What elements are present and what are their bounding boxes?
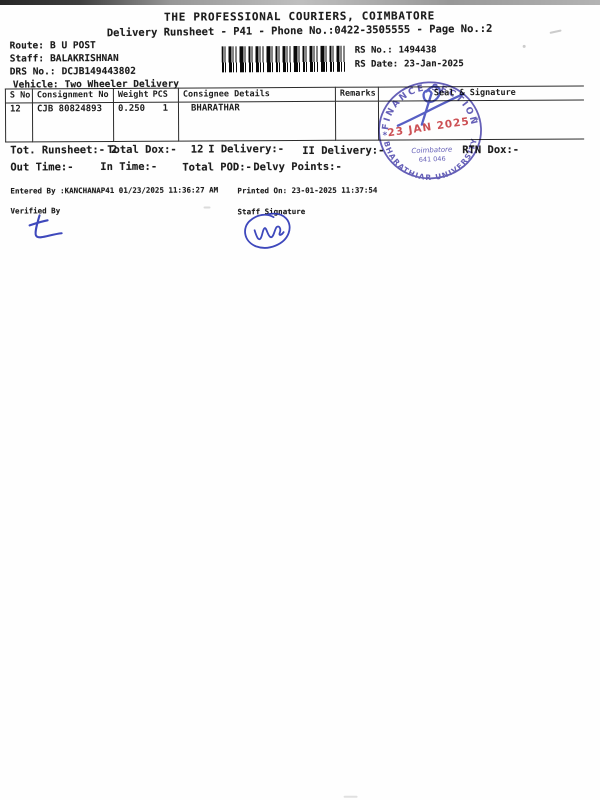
scan-smudge	[204, 206, 211, 208]
delvy-points-label: Delvy Points:-	[253, 161, 342, 173]
cell-consignment: CJB 80824893	[32, 102, 113, 141]
finance-section-round-stamp: FINANCE SECTION BHARATHIAR UNIVERSITY * …	[370, 76, 492, 189]
cell-consignee: BHARATHAR	[178, 101, 335, 141]
col-pcs: PCS	[153, 90, 168, 100]
col-consignment: Consignment No	[32, 88, 113, 102]
stamp-star-right: *	[474, 116, 480, 126]
rs-no-label: RS No.:	[355, 46, 393, 56]
total-pod: Total POD:-	[182, 161, 258, 173]
barcode-icon	[222, 46, 347, 73]
route-label: Route:	[10, 40, 44, 51]
consignment-table: S No Consignment No WeightPCS Consignee …	[5, 86, 584, 143]
i-delivery: I Delivery:-	[208, 143, 290, 155]
rs-no-value: 1494438	[399, 45, 437, 55]
drs-label: DRS No.:	[10, 66, 56, 77]
scanned-delivery-runsheet: THE PROFESSIONAL COURIERS, COIMBATORE De…	[0, 0, 600, 800]
col-consignee: Consignee Details	[178, 87, 335, 102]
cell-weight-pcs: 0.2501	[113, 102, 178, 141]
scan-smudge	[523, 45, 526, 48]
printed-on-line: Printed On: 23-01-2025 11:37:54	[237, 186, 377, 196]
entered-by-line: Entered By :KANCHANAP41 01/23/2025 11:36…	[10, 185, 218, 195]
table-row: 12 CJB 80824893 0.2501 BHARATHAR	[5, 100, 583, 142]
runsheet-subtitle: Delivery Runsheet - P41 - Phone No.:0422…	[0, 22, 600, 41]
cell-pcs: 1	[163, 104, 168, 114]
col-sno: S No	[5, 89, 32, 103]
staff-line: Staff:BALAKRISHNAN	[10, 53, 119, 65]
total-dox-value: 12	[191, 144, 204, 156]
staff-label: Staff:	[10, 53, 44, 64]
drs-line: DRS No.:DCJB149443802	[10, 66, 136, 78]
tot-runsheet-label: Tot. Runsheet:-	[10, 144, 105, 156]
scan-smudge	[344, 796, 358, 798]
col-weight-pcs: WeightPCS	[113, 88, 178, 102]
route-value: B U POST	[50, 40, 96, 51]
rs-date-value: 23-Jan-2025	[404, 59, 464, 69]
staff-value: BALAKRISHNAN	[50, 53, 119, 64]
total-pod-label: Total POD:-	[182, 161, 252, 173]
rs-date-label: RS Date:	[355, 59, 398, 69]
cell-sno: 12	[5, 103, 32, 142]
drs-value: DCJB149443802	[62, 66, 136, 77]
staff-signature-mark	[239, 210, 297, 254]
delvy-points: Delvy Points:-	[253, 161, 348, 173]
stamp-city-text: Coimbatore	[411, 145, 452, 155]
col-weight: Weight	[118, 90, 149, 100]
in-time-label: In Time:-	[100, 161, 157, 173]
tot-runsheet: Tot. Runsheet:-2	[10, 144, 117, 157]
cell-weight: 0.250	[118, 104, 145, 114]
i-delivery-label: I Delivery:-	[208, 143, 284, 155]
rs-no-line: RS No.:1494438	[355, 45, 437, 55]
out-time-label: Out Time:-	[10, 161, 73, 173]
total-dox-label: Total Dox:-	[107, 144, 177, 156]
verified-by-signature-mark	[23, 213, 73, 247]
out-time: Out Time:-	[10, 161, 79, 173]
total-dox: Total Dox:-12	[107, 144, 203, 157]
rs-date-line: RS Date:23-Jan-2025	[355, 59, 464, 70]
in-time: In Time:-	[100, 161, 163, 173]
route-line: Route:B U POST	[10, 40, 96, 51]
document-content: THE PROFESSIONAL COURIERS, COIMBATORE De…	[0, 0, 600, 800]
stamp-date-text: 23 JAN 2025	[387, 116, 471, 140]
stamp-pincode-text: 641 046	[419, 155, 446, 164]
